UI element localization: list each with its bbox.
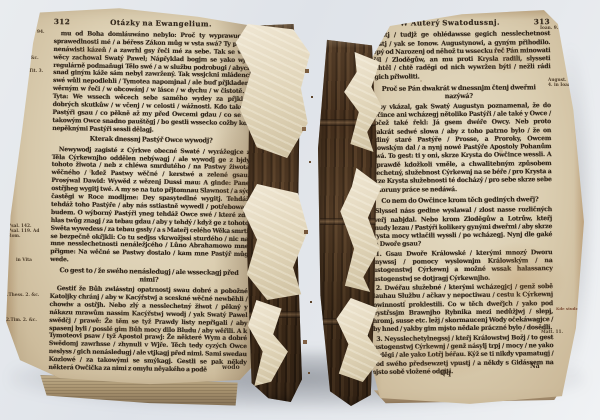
stain: [470, 40, 540, 74]
right-page-header: W Auterý Swatodussnj.: [366, 18, 534, 28]
margin-note: in Vita: [16, 258, 56, 263]
question-line: Proč se Pán dwakrát w dnessnjm čtenj dwe…: [375, 83, 543, 101]
left-page-header-row: 312 Otázky na Ewangelium.: [54, 18, 252, 29]
right-page-header-row: W Auterý Swatodussnj. 313: [366, 18, 550, 28]
right-page-text-block: W Auterý Swatodussnj. 313 pustj / tudjž …: [366, 18, 554, 378]
margin-note: 1.Tim. 1. Tit. 3.: [6, 69, 46, 74]
left-page-number: 312: [54, 18, 70, 26]
stain: [58, 36, 118, 66]
question-line: Co nem do Owčince krom těch gediných dwe…: [376, 196, 544, 206]
body-paragraph: Aby vkázal, gak Swatý Augustyn poznamena…: [367, 102, 552, 195]
margin-note: 2.Thess. 2. &c.: [4, 293, 44, 298]
margin-note: Psal. 142. Psal. 119. Ad Rom.: [8, 224, 42, 240]
debris-crumbs: [0, 0, 2, 2]
question-line: Co gest to / že swého nenásledugj / ale …: [58, 267, 240, 286]
catchword: wodo: [222, 364, 240, 371]
spine-top-highlight: [322, 38, 374, 48]
left-page-worn-edge: [4, 6, 18, 388]
stain: [380, 330, 500, 380]
stain: [80, 300, 170, 346]
book-photo: 312 Otázky na Ewangelium. mu od Boha dom…: [0, 0, 600, 420]
margin-note: 2.Cor. 11. &c.: [6, 56, 46, 61]
margin-note: 2.Tim. 2. &c.: [6, 318, 46, 323]
catchword: Na: [530, 363, 540, 370]
margin-note: Psal. 94.: [24, 30, 64, 35]
left-page-header: Otázky na Ewangelium.: [70, 18, 252, 29]
stain: [468, 240, 568, 320]
margin-note: Ioan. 9.: [540, 26, 580, 31]
